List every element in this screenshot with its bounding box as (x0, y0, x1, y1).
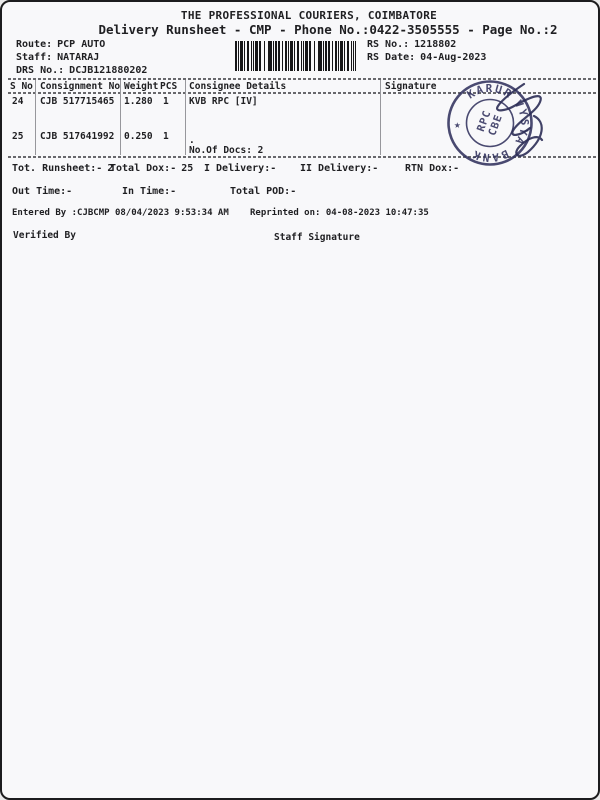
table-column-line (35, 80, 36, 155)
col-header-s-no: S No (10, 81, 33, 92)
rs-no-field: RS No.:1218802 (367, 39, 456, 50)
col-header-signature: Signature (385, 81, 436, 92)
out-time-field: Out Time:- (12, 186, 77, 197)
signature-scribble (432, 72, 562, 172)
barcode (235, 41, 358, 71)
table-column-line (185, 80, 186, 155)
cell-s-no: 25 (12, 131, 23, 142)
cell-weight: 0.250 (124, 131, 153, 142)
cell-consignment-no: CJB 517715465 (40, 96, 114, 107)
col-header-consignee: Consignee Details (189, 81, 286, 92)
table-column-line (380, 80, 381, 155)
rs-no-label: RS No.: (367, 39, 409, 50)
total-pod-field: Total POD:- (230, 186, 301, 197)
i-delivery-field: I Delivery:- (204, 163, 281, 174)
page-title: Delivery Runsheet - CMP - Phone No.:0422… (2, 22, 600, 37)
col-header-consignment-no: Consignment No (40, 81, 120, 92)
route-label: Route: (16, 39, 52, 50)
staff-signature-label: Staff Signature (274, 232, 360, 243)
total-dox-field: Total Dox:-25 (110, 163, 193, 174)
cell-consignment-no: CJB 517641992 (40, 131, 114, 142)
route-value: PCP AUTO (57, 39, 105, 50)
entered-by-text: Entered By :CJBCMP 08/04/2023 9:53:34 AM (12, 208, 229, 218)
total-dox-value: 25 (181, 163, 193, 174)
rtn-dox-field: RTN Dox:- (405, 163, 464, 174)
col-header-weight: Weight (124, 81, 158, 92)
cell-weight: 1.280 (124, 96, 153, 107)
cell-pcs: 1 (163, 131, 169, 142)
staff-label: Staff: (16, 52, 52, 63)
total-dox-label: Total Dox:- (110, 163, 176, 174)
tot-runsheet-label: Tot. Runsheet:- (12, 163, 102, 174)
drs-no-field: DRS No.:DCJB121880202 (16, 65, 147, 76)
cell-s-no: 24 (12, 96, 23, 107)
drs-no-label: DRS No.: (16, 65, 64, 76)
rs-date-label: RS Date: (367, 52, 415, 63)
out-time-label: Out Time:- (12, 186, 72, 197)
cell-pcs: 1 (163, 96, 169, 107)
rtn-dox-label: RTN Dox:- (405, 163, 459, 174)
delivery-runsheet-page: THE PROFESSIONAL COURIERS, COIMBATORE De… (0, 0, 600, 800)
route-field: Route:PCP AUTO (16, 39, 105, 50)
company-title: THE PROFESSIONAL COURIERS, COIMBATORE (2, 9, 600, 22)
staff-value: NATARAJ (57, 52, 99, 63)
tot-runsheet-field: Tot. Runsheet:-2 (12, 163, 113, 174)
drs-no-value: DCJB121880202 (69, 65, 147, 76)
col-header-pcs: PCS (160, 81, 177, 92)
rs-no-value: 1218802 (414, 39, 456, 50)
total-pod-label: Total POD:- (230, 186, 296, 197)
verified-by-label: Verified By (13, 230, 76, 241)
ii-delivery-label: II Delivery:- (300, 163, 378, 174)
table-column-line (120, 80, 121, 155)
rs-date-value: 04-Aug-2023 (420, 52, 486, 63)
ii-delivery-field: II Delivery:- (300, 163, 383, 174)
in-time-field: In Time:- (122, 186, 181, 197)
cell-docs-note: No.Of Docs: 2 (189, 145, 263, 156)
rs-date-field: RS Date:04-Aug-2023 (367, 52, 486, 63)
cell-consignee: KVB RPC [IV] (189, 96, 258, 107)
i-delivery-label: I Delivery:- (204, 163, 276, 174)
staff-field: Staff:NATARAJ (16, 52, 99, 63)
in-time-label: In Time:- (122, 186, 176, 197)
reprinted-on-text: Reprinted on: 04-08-2023 10:47:35 (250, 208, 429, 218)
